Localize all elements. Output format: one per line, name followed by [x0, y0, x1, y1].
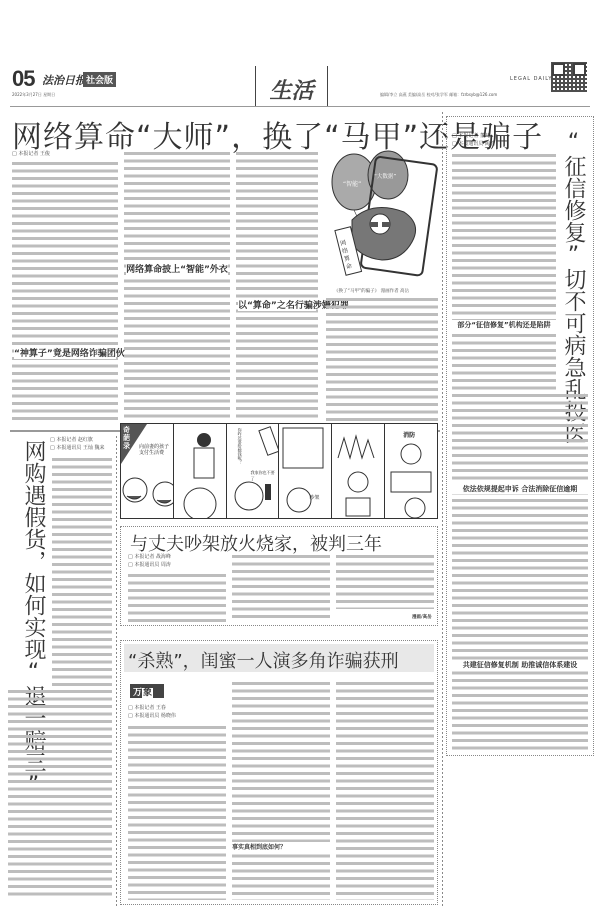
body-text — [336, 680, 434, 900]
illustration-fortune-teller: “智能” “大数据” 网 络 算 命 — [328, 150, 438, 282]
walking-man-icon — [174, 424, 226, 518]
left-column-top — [52, 456, 112, 686]
comic-label-4: 吵架 — [309, 494, 319, 501]
body-text — [128, 572, 226, 622]
main-column-2 — [124, 150, 230, 422]
body-text — [232, 553, 330, 622]
sidebar-byline-2: 本报通讯员 陶然 — [452, 140, 495, 148]
divider — [442, 112, 443, 907]
dispute-icon — [279, 424, 331, 518]
column-tag-a: 万 — [133, 688, 142, 698]
body-text — [336, 553, 434, 609]
sidebar-subhead-3: 共建征信修复机制 助推诚信体系建设 — [452, 660, 588, 670]
svg-text:“智能”: “智能” — [343, 180, 361, 188]
body-text — [128, 724, 226, 900]
body-text — [12, 160, 118, 422]
main-subhead-2: 网络算命披上“智能”外衣 — [126, 262, 228, 275]
scam-headline: “杀熟”，闺蜜一人演多角诈骗获刑 — [128, 647, 399, 673]
comic-label-2: 你咋还要给她钱呢？ — [237, 428, 243, 464]
illustration-caption: 《换了“马甲”的骗子》 漫画作者 高岳 — [334, 288, 409, 294]
fire-byline-1: 本报记者 战海峰 — [128, 553, 171, 561]
scam-subhead-1: 事实真相到底如何？ — [232, 842, 330, 851]
left-byline-2: 本报通讯员 王灿 魏来 — [50, 444, 105, 452]
fire-column-2 — [232, 553, 330, 622]
column-tag: 万象 — [130, 684, 164, 698]
body-text — [124, 150, 230, 422]
body-text — [326, 296, 438, 422]
fire-column-1 — [128, 572, 226, 622]
comic-panel-1: 奇葩录 向前妻的孩子支付生活费 — [121, 424, 174, 518]
paper-name: 法治日报 — [42, 72, 86, 88]
main-column-4 — [326, 296, 438, 422]
body-text — [52, 456, 112, 686]
body-text — [8, 688, 112, 898]
fire-scene-icon — [332, 424, 384, 518]
divider — [116, 436, 117, 906]
comic-panel-2 — [174, 424, 227, 518]
body-text — [236, 150, 318, 422]
comic-label-5: 消防 — [403, 430, 415, 439]
sidebar-byline-1: 本报记者 董凡 — [452, 132, 490, 140]
comic-credit: 漫画/高岳 — [412, 614, 432, 620]
page-number: 05 — [12, 66, 34, 92]
main-column-1 — [12, 160, 118, 422]
main-subhead-3: 以“算命”之名行骗涉嫌犯罪 — [238, 298, 316, 311]
body-text — [452, 152, 556, 392]
main-subhead-1: “神算子”竟是网络诈骗团伙 — [14, 346, 116, 359]
column-tag-b: 象 — [142, 688, 153, 698]
main-byline: 本报记者 王俊 — [12, 150, 50, 158]
comic-panel-6: 消防 — [385, 424, 437, 518]
angry-woman-icon — [121, 424, 174, 518]
section-title: 生活 — [255, 66, 328, 106]
fire-column-3 — [336, 553, 434, 609]
masthead: 05 法治日报 社会版 2022年3月27日 星期日 生活 LEGAL DAIL… — [0, 66, 600, 92]
svg-text:“大数据”: “大数据” — [374, 172, 396, 180]
qr-code-icon[interactable] — [551, 62, 587, 92]
comic-panel-3: 你咋还要给她钱呢？ 我家你也不要了 — [227, 424, 280, 518]
body-text — [452, 392, 588, 752]
sidebar-column-top — [452, 152, 556, 392]
left-column-bottom — [8, 688, 112, 898]
scam-byline-2: 本报通讯员 杨晓伟 — [128, 712, 176, 720]
comic-panel-5 — [332, 424, 385, 518]
paper-tag: 社会版 — [83, 72, 116, 87]
sidebar-subhead-1: 部分“征信修复”机构还是陷阱 — [452, 320, 556, 330]
left-byline-1: 本报记者 赵红旗 — [50, 436, 93, 444]
scam-byline-1: 本报记者 王春 — [128, 704, 166, 712]
body-text — [232, 680, 330, 900]
scam-column-3 — [336, 680, 434, 900]
sidebar-column-bottom — [452, 392, 588, 752]
comic-label-3: 我家你也不要了 — [251, 470, 279, 482]
scam-column-2 — [232, 680, 330, 900]
main-column-3 — [236, 150, 318, 422]
fire-byline-2: 本报通讯员 周涛 — [128, 561, 171, 569]
divider — [10, 106, 590, 107]
scam-column-1 — [128, 724, 226, 900]
comic-strip: 奇葩录 向前妻的孩子支付生活费 你咋还要给她钱呢？ 我家你也不要了 吵架 消防 — [120, 423, 438, 519]
date-line: 2022年3月27日 星期日 — [12, 92, 55, 98]
comic-panel-4: 吵架 — [279, 424, 332, 518]
cartoon-icon: “智能” “大数据” 网 络 算 命 — [328, 150, 438, 282]
editors-line: 编辑/李立 高燕 美编/高岳 校对/张学军 邮箱：fzrbsyb@126.com — [380, 92, 497, 98]
sidebar-subhead-2: 依法依规提起申诉 合法消除征信逾期 — [452, 484, 588, 494]
english-name: LEGAL DAILY — [510, 76, 552, 82]
